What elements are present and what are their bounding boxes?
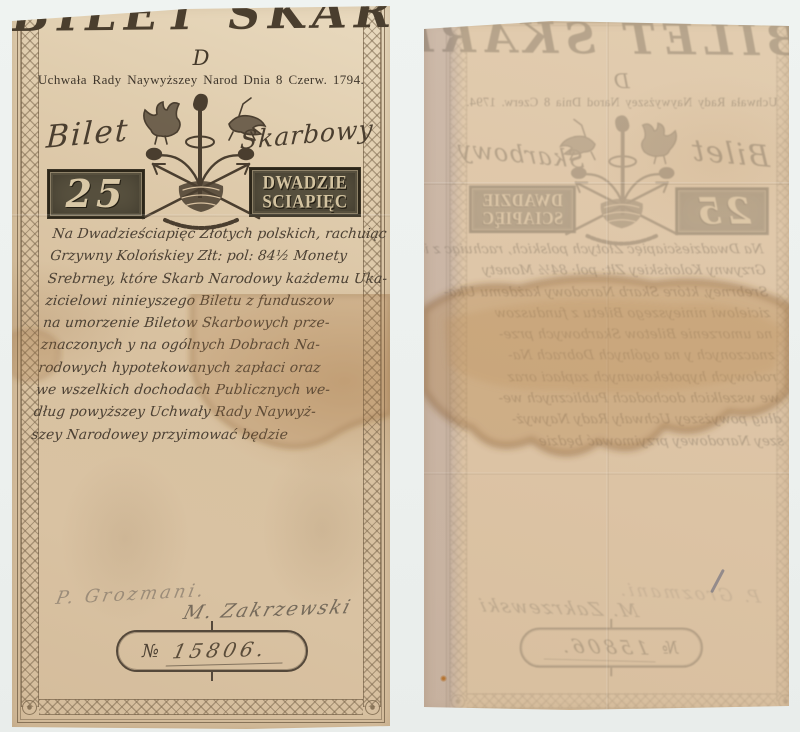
obligation-line: rodowych hypotekowanych zapłaci oraz <box>466 367 778 388</box>
engraved-frame <box>446 22 797 716</box>
cornucopia-icons <box>572 168 673 207</box>
print-bleedthrough: BILET SKARBOWY D Uchwała Rady Naywyższey… <box>441 30 800 722</box>
denomination-numeral-box: 25 <box>48 170 144 218</box>
watermark-ghost <box>60 454 190 624</box>
serial-prefix: № <box>142 641 159 662</box>
obligation-line: dług powyższey Uchwały Rady Naywyż- <box>471 409 783 430</box>
denomination-numeral-box: 25 <box>676 188 768 234</box>
denomination-words-line2: SCIAPIĘC <box>262 191 347 212</box>
obligation-line: dług powyższey Uchwały Rady Naywyż- <box>33 401 359 423</box>
obligation-line: zicielowi ninieyszego Biletu z funduszow <box>44 290 370 312</box>
ornamental-border-left <box>21 0 39 707</box>
banknote-obverse: BILET SKARBOWY D Uchwała Rady Naywyższey… <box>12 4 390 729</box>
series-letter: D <box>12 46 390 70</box>
obligation-line: znaczonych y na ogólnych Dobrach Na- <box>464 345 776 366</box>
ornamental-border-bottom <box>467 693 776 708</box>
corner-rosette-right <box>365 700 380 715</box>
fold-crease <box>12 214 390 217</box>
denomination-numeral: 25 <box>66 175 127 213</box>
serial-number-frame: № 15806. <box>116 630 308 672</box>
ornamental-border-right <box>450 22 467 701</box>
denomination-numeral: 25 <box>693 193 751 229</box>
pahonia-rider-icon <box>561 119 595 159</box>
crossed-arrows-icon <box>566 183 677 235</box>
denomination-words-line2: SCIAPIĘC <box>482 208 563 228</box>
banknote-title: BILET SKARBOWY <box>441 12 800 66</box>
corner-rosette-left <box>778 694 792 708</box>
serial-number: 15806. <box>538 633 655 662</box>
fold-crease <box>424 472 789 475</box>
ornamental-border-right <box>363 0 381 707</box>
serial-number: 15806. <box>166 636 289 666</box>
denomination-words-box: DWADZIE SCIAPIĘC <box>250 168 360 216</box>
script-word-bilet: Bilet <box>689 133 770 175</box>
serial-number-frame: № 15806. <box>520 628 703 668</box>
obligation-line: zicielowi ninieyszego Biletu z funduszow <box>460 303 772 324</box>
banknote-title: BILET SKARBOWY <box>12 0 391 42</box>
liberty-cap-icon <box>615 115 629 215</box>
series-letter: D <box>441 70 800 93</box>
obligation-line: Na Dwadzieściapięć Złotych polskich, rac… <box>51 223 377 245</box>
coat-of-arms-emblem <box>133 90 269 242</box>
watermark-ghost <box>262 444 382 614</box>
signature-commissioner: P. Grozmani. <box>615 580 762 608</box>
obligation-line: we wszelkich dochodach Publicznych we- <box>35 379 361 401</box>
ring-ornament <box>609 156 636 167</box>
obligation-text: Na Dwadzieściapięć Złotych polskich, rac… <box>30 223 377 446</box>
obligation-line: znaczonych y na ogólnych Dobrach Na- <box>40 334 366 356</box>
serial-prefix: № <box>662 638 678 658</box>
obligation-line: we wszelkich dochodach Publicznych we- <box>469 388 781 409</box>
ornamental-border-bottom <box>39 699 363 715</box>
fold-crease <box>424 182 789 185</box>
corner-rosette-left <box>22 700 37 715</box>
obligation-line: Srebrney, które Skarb Narodowy każdemu U… <box>47 268 373 290</box>
garland-icon <box>587 236 656 244</box>
beehive-icon <box>179 181 223 212</box>
ornamental-border-left <box>776 22 793 701</box>
corner-rosette-right <box>451 694 465 708</box>
obligation-line: Srebrney, które Skarb Narodowy każdemu U… <box>457 281 769 302</box>
obligation-line: szey Narodowey przyimować będzie <box>473 430 785 451</box>
obligation-line: szey Narodowey przyimować będzie <box>30 424 356 446</box>
obligation-line: Grzywny Kolońskiey Złt: pol: 84½ Monety <box>49 245 375 267</box>
photo-background: BILET SKARBOWY D Uchwała Rady Naywyższey… <box>0 0 800 732</box>
script-word-bilet: Bilet <box>45 112 130 156</box>
script-word-skarbowy: Skarbowy <box>456 135 585 174</box>
note-face: BILET SKARBOWY D Uchwała Rady Naywyższey… <box>441 30 800 722</box>
obligation-line: na umorzenie Biletow Skarbowych prze- <box>462 324 774 345</box>
obligation-line: Grzywny Kolońskiey Złt: pol: 84½ Monety <box>455 260 767 281</box>
note-face: BILET SKARBOWY D Uchwała Rady Naywyższey… <box>12 4 390 729</box>
pahonia-rider-icon <box>229 98 265 140</box>
pen-mark <box>710 569 725 593</box>
banknote-reverse: BILET SKARBOWY D Uchwała Rady Naywyższey… <box>424 20 789 712</box>
eagle-icon <box>144 102 180 144</box>
decree-line: Uchwała Rady Naywyższey Narod Dnia 8 Cze… <box>24 72 378 88</box>
denomination-words-line1: DWADZIE <box>482 190 563 210</box>
decree-line: Uchwała Rady Naywyższey Narod Dnia 8 Cze… <box>453 95 791 110</box>
obligation-line: rodowych hypotekowanych zapłaci oraz <box>37 357 363 379</box>
obligation-text: Na Dwadzieściapięć Złotych polskich, rac… <box>453 239 785 452</box>
foxing-spot <box>440 675 447 682</box>
fold-crease-vertical <box>606 20 609 712</box>
obligation-line: na umorzenie Biletow Skarbowych prze- <box>42 312 368 334</box>
eagle-icon <box>642 123 677 163</box>
signature-treasurer: M. Zakrzewski <box>475 595 641 622</box>
denomination-words-box: DWADZIE SCIAPIĘC <box>470 186 575 232</box>
obverse-printing: BILET SKARBOWY D Uchwała Rady Naywyższey… <box>12 4 390 729</box>
